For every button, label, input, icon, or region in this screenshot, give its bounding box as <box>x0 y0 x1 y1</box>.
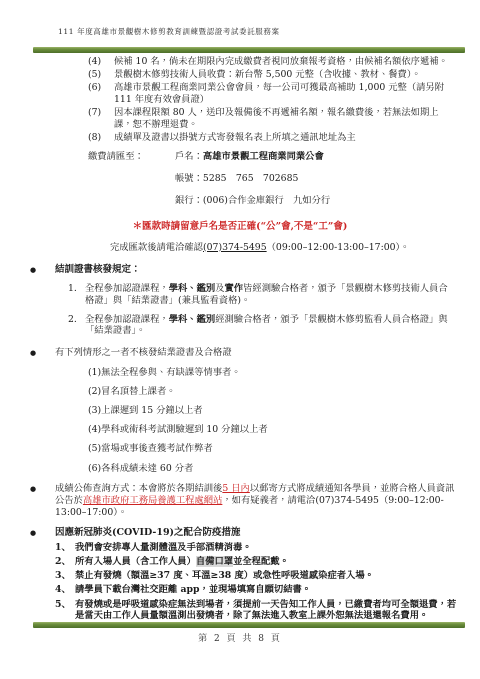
header-divider-bar <box>33 47 465 53</box>
confirm-text-pre: 完成匯款後請電洽確認 <box>110 242 203 253</box>
cert-rule-item: 2. 全程參加認證課程，學科、鑑別經測驗合格者，頒予「景觀樹木修剪監看人員合格證… <box>68 314 456 337</box>
confirm-text-post: （09:00–12:00-13:00–17:00）。 <box>267 242 410 253</box>
payment-label: 繳費請匯至： <box>88 151 175 218</box>
item-number: 1、 <box>55 542 75 554</box>
list-item: (5) 景觀樹木修剪技術人員收費：新台幣 5,500 元整（含收據、教材、餐費）… <box>88 69 456 81</box>
deadline-emphasis: 5 日內 <box>222 483 249 494</box>
list-item: (4) 候補 10 名，倘未在期限內完成繳費者視同放棄報考資格，由候補名額依序遞… <box>88 56 456 68</box>
bank-value: (006)合作金庫銀行 九如分行 <box>203 195 330 207</box>
disqualify-item: (2)冒名頂替上課者。 <box>88 386 460 398</box>
section-heading-cert: ● 結訓證書核發規定： <box>30 264 460 276</box>
payment-fields: 戶名： 高雄市景觀工程商業同業公會 帳號： 5285 765 702685 銀行… <box>175 151 330 218</box>
item-text: 全程參加認證課程，學科、鑑別及實作皆經測驗合格者，頒予「景觀樹木修剪技術人員合格… <box>85 283 456 306</box>
page-number: 第 2 頁 共 8 頁 <box>0 631 480 644</box>
disqualify-item: (5)當場或事後查獲考試作弊者 <box>88 443 460 455</box>
item-number: 1. <box>68 283 85 306</box>
mask-highlight: 自備口罩 <box>196 556 233 567</box>
payment-warning-note: ＊匯款時請留意戶名是否正確(“公”會,不是“工”會) <box>0 221 480 233</box>
account-name-label: 戶名： <box>175 151 203 163</box>
disqualify-item: (6)各科成績未達 60 分者 <box>88 463 460 475</box>
covid-measure-item: 5、 有發燒或是呼吸道感染症無法到場者，須提前一天告知工作人員，已繳費者均可全額… <box>55 599 460 622</box>
bullet-icon: ● <box>30 483 55 518</box>
item-text: 因本課程限額 80 人，送印及報備後不再遞補名額，報名繳費後，若無法如期上課，恕… <box>114 107 456 130</box>
covid-measure-item: 1、 我們會安排專人量測體溫及手部酒精消毒。 <box>55 542 460 554</box>
document-body: (4) 候補 10 名，倘未在期限內完成繳費者視同放棄報考資格，由候補名額依序遞… <box>0 56 480 622</box>
bullet-icon: ● <box>30 264 55 276</box>
section-heading-disqualify: ● 有下列情形之一者不核發結業證書及合格證 <box>30 347 460 359</box>
bank-label: 銀行： <box>175 195 203 207</box>
item-text: 候補 10 名，倘未在期限內完成繳費者視同放棄報考資格，由候補名額依序遞補。 <box>114 56 456 68</box>
disqualify-item: (4)學科或術科考試測驗遲到 10 分鐘以上者 <box>88 424 460 436</box>
disqualify-heading-text: 有下列情形之一者不核發結業證書及合格證 <box>55 347 232 359</box>
item-number: (8) <box>88 132 114 144</box>
item-number: 4、 <box>55 584 75 596</box>
item-text: 有發燒或是呼吸道感染症無法到場者，須提前一天告知工作人員，已繳費者均可全額退費，… <box>75 599 460 622</box>
section-score-publication: ● 成績公佈查詢方式：本會將於各期結訓後5 日內以郵寄方式將成績通知各學員，並將… <box>30 483 460 518</box>
list-item: (8) 成績單及證書以掛號方式寄發報名表上所填之通訊地址為主 <box>88 132 456 144</box>
covid-measure-item: 3、 禁止有發燒（額溫≥37 度、耳溫≥38 度）或急性呼吸道感染症者入場。 <box>55 570 460 582</box>
cert-rule-item: 1. 全程參加認證課程，學科、鑑別及實作皆經測驗合格者，頒予「景觀樹木修剪技術人… <box>68 283 456 306</box>
phone-number: (07)374-5495 <box>203 242 267 253</box>
list-item: (6) 高雄市景觀工程商業同業公會會員，每一公司可獲最高補助 1,000 元整（… <box>88 82 456 105</box>
item-text: 景觀樹木修剪技術人員收費：新台幣 5,500 元整（含收據、教材、餐費）。 <box>114 69 456 81</box>
account-number-row: 帳號： 5285 765 702685 <box>175 173 330 185</box>
covid-heading-text: 因應新冠肺炎(COVID-19)之配合防疫措施 <box>55 527 241 539</box>
numbered-list: (4) 候補 10 名，倘未在期限內完成繳費者視同放棄報考資格，由候補名額依序遞… <box>88 56 456 144</box>
list-item: (7) 因本課程限額 80 人，送印及報備後不再遞補名額，報名繳費後，若無法如期… <box>88 107 456 130</box>
item-text: 高雄市景觀工程商業同業公會會員，每一公司可獲最高補助 1,000 元整（請另附 … <box>114 82 456 105</box>
covid-measure-item: 2、 所有入場人員（含工作人員）自備口罩並全程配戴。 <box>55 556 460 568</box>
covid-measure-item: 4、 請學員下載台灣社交距離 app，並現場填寫自願切結書。 <box>55 584 460 596</box>
item-number: 3、 <box>55 570 75 582</box>
footer-divider-bar <box>33 622 465 628</box>
section-heading-covid: ● 因應新冠肺炎(COVID-19)之配合防疫措施 <box>30 527 460 539</box>
item-text: 我們會安排專人量測體溫及手部酒精消毒。 <box>75 542 460 554</box>
item-text: 全程參加認證課程，學科、鑑別經測驗合格者，頒予「景觀樹木修剪監看人員合格證」與「… <box>85 314 456 337</box>
account-number-label: 帳號： <box>175 173 203 185</box>
item-text: 請學員下載台灣社交距離 app，並現場填寫自願切結書。 <box>75 584 460 596</box>
account-number-value: 5285 765 702685 <box>203 173 299 185</box>
bullet-icon: ● <box>30 347 55 359</box>
account-name-row: 戶名： 高雄市景觀工程商業同業公會 <box>175 151 330 163</box>
document-header-title: 111 年度高雄市景觀樹木修剪教育訓練暨認證考試委託服務案 <box>58 26 280 37</box>
item-number: 2、 <box>55 556 75 568</box>
item-number: (4) <box>88 56 114 68</box>
cert-heading-text: 結訓證書核發規定： <box>55 264 141 276</box>
item-number: (5) <box>88 69 114 81</box>
payment-confirm-line: 完成匯款後請電洽確認(07)374-5495（09:00–12:00-13:00… <box>110 242 460 254</box>
item-number: (7) <box>88 107 114 130</box>
disqualify-item: (1)無法全程參與、有缺課等情事者。 <box>88 367 460 379</box>
item-text: 所有入場人員（含工作人員）自備口罩並全程配戴。 <box>75 556 460 568</box>
item-number: (6) <box>88 82 114 105</box>
item-number: 2. <box>68 314 85 337</box>
disqualify-item: (3)上課遲到 15 分鐘以上者 <box>88 405 460 417</box>
account-name-value: 高雄市景觀工程商業同業公會 <box>203 151 324 163</box>
item-text: 禁止有發燒（額溫≥37 度、耳溫≥38 度）或急性呼吸道感染症者入場。 <box>75 570 460 582</box>
website-link[interactable]: 高雄市政府工務局養護工程處網站 <box>83 495 222 506</box>
bank-row: 銀行： (006)合作金庫銀行 九如分行 <box>175 195 330 207</box>
item-text: 成績單及證書以掛號方式寄發報名表上所填之通訊地址為主 <box>114 132 456 144</box>
document-page: 111 年度高雄市景觀樹木修剪教育訓練暨認證考試委託服務案 (4) 候補 10 … <box>0 0 480 679</box>
item-number: 5、 <box>55 599 75 622</box>
score-paragraph: 成績公佈查詢方式：本會將於各期結訓後5 日內以郵寄方式將成績通知各學員，並將合格… <box>55 483 460 518</box>
payment-info: 繳費請匯至： 戶名： 高雄市景觀工程商業同業公會 帳號： 5285 765 70… <box>88 151 460 218</box>
bullet-icon: ● <box>30 527 55 539</box>
